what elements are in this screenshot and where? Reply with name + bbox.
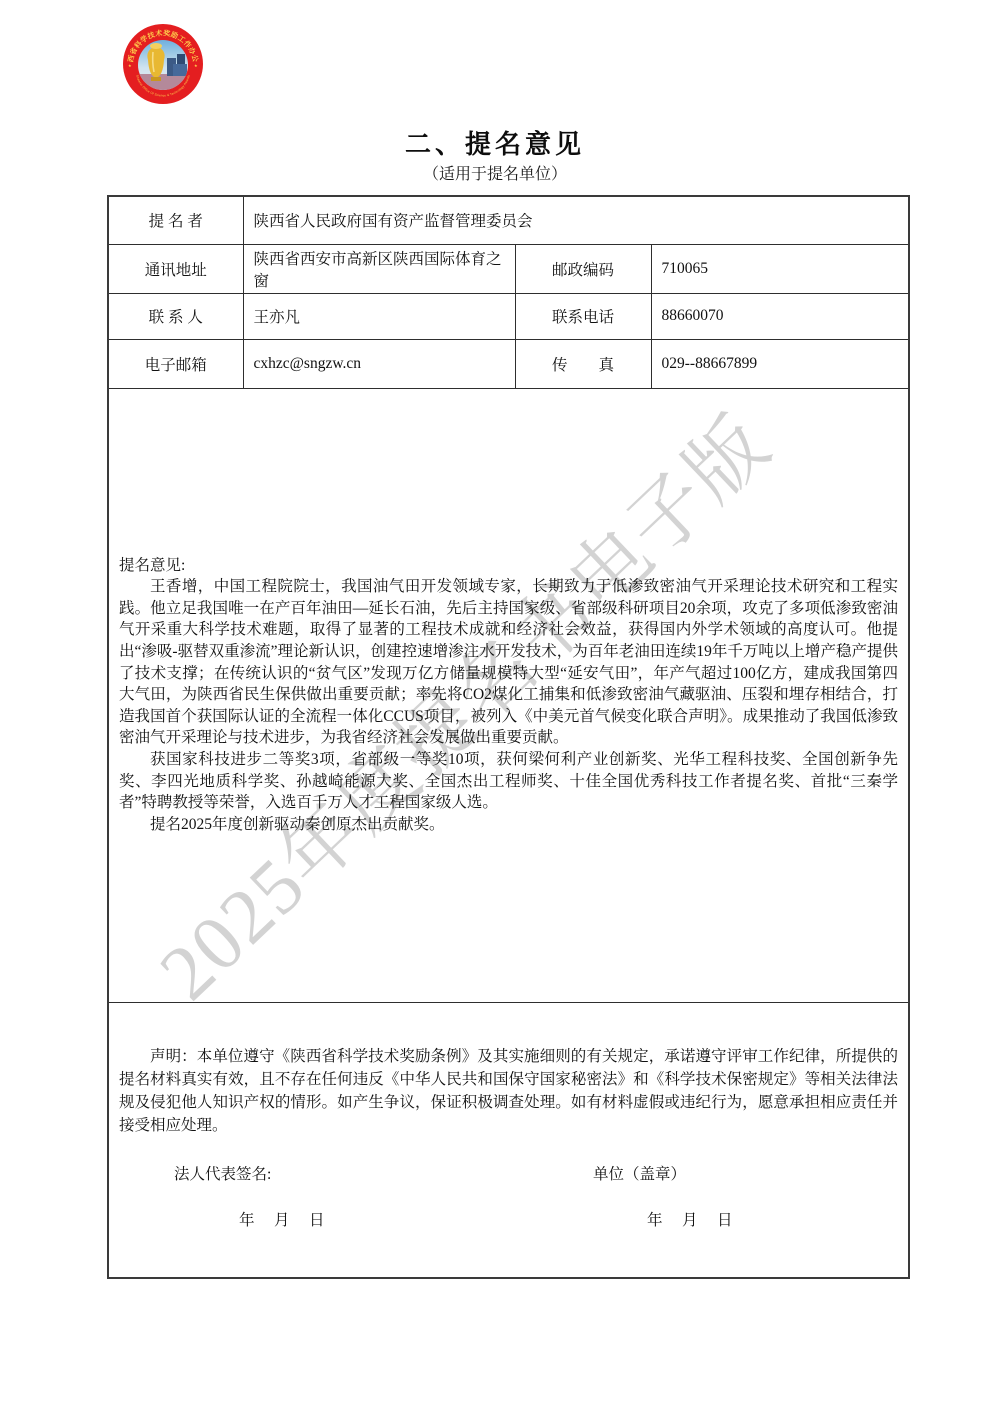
table-row-declaration: 声明：本单位遵守《陕西省科学技术奖励条例》及其实施细则的有关规定，承诺遵守评审工…: [108, 1002, 909, 1278]
declaration-text: 声明：本单位遵守《陕西省科学技术奖励条例》及其实施细则的有关规定，承诺遵守评审工…: [119, 1045, 898, 1137]
fax-label: 传 真: [515, 339, 651, 388]
page-subtitle: （适用于提名单位）: [0, 161, 990, 184]
email-value: cxhzc@sngzw.cn: [243, 339, 515, 388]
table-row-address: 通讯地址 陕西省西安市高新区陕西国际体育之窗 邮政编码 710065: [108, 244, 909, 293]
signature-row: 法人代表签名: 单位（盖章）: [119, 1163, 898, 1193]
legal-representative-signature-label: 法人代表签名:: [174, 1163, 271, 1186]
opinion-paragraph-1: 王香增，中国工程院院士，我国油气田开发领域专家，长期致力于低渗致密油气开采理论技…: [119, 576, 898, 749]
document-page: 2025年度提名书电子版 陕西省科学技术奖励工作办公室: [0, 0, 990, 1401]
table-row-email: 电子邮箱 cxhzc@sngzw.cn 传 真 029--88667899: [108, 339, 909, 388]
opinion-cell: 提名意见: 王香增，中国工程院院士，我国油气田开发领域专家，长期致力于低渗致密油…: [108, 388, 909, 1002]
date-row: 年 月 日 年 月 日: [119, 1209, 898, 1235]
date-left-label: 年 月 日: [239, 1209, 327, 1232]
declaration-cell: 声明：本单位遵守《陕西省科学技术奖励条例》及其实施细则的有关规定，承诺遵守评审工…: [108, 1002, 909, 1278]
page-title: 二、提名意见: [0, 124, 990, 161]
contact-label: 联 系 人: [108, 293, 243, 339]
nomination-form-table: 提 名 者 陕西省人民政府国有资产监督管理委员会 通讯地址 陕西省西安市高新区陕…: [107, 195, 910, 1279]
phone-value: 88660070: [651, 293, 909, 339]
nominator-value: 陕西省人民政府国有资产监督管理委员会: [243, 196, 909, 244]
seal-star-right-icon: ★: [194, 63, 198, 68]
seal-star-left-icon: ★: [128, 63, 132, 68]
phone-label: 联系电话: [515, 293, 651, 339]
address-label: 通讯地址: [108, 244, 243, 293]
date-right-label: 年 月 日: [647, 1209, 735, 1232]
opinion-heading: 提名意见:: [119, 555, 898, 577]
address-value: 陕西省西安市高新区陕西国际体育之窗: [243, 244, 515, 293]
seal-photo: [138, 40, 188, 90]
postcode-label: 邮政编码: [515, 244, 651, 293]
opinion-paragraph-3: 提名2025年度创新驱动秦创原杰出贡献奖。: [119, 814, 898, 836]
postcode-value: 710065: [651, 244, 909, 293]
fax-value: 029--88667899: [651, 339, 909, 388]
email-label: 电子邮箱: [108, 339, 243, 388]
office-seal-logo: 陕西省科学技术奖励工作办公室 Shaanxi Office Of Science…: [123, 24, 203, 104]
contact-value: 王亦凡: [243, 293, 515, 339]
table-row-opinion: 提名意见: 王香增，中国工程院院士，我国油气田开发领域专家，长期致力于低渗致密油…: [108, 388, 909, 1002]
unit-stamp-label: 单位（盖章）: [593, 1163, 686, 1186]
table-row-nominator: 提 名 者 陕西省人民政府国有资产监督管理委员会: [108, 196, 909, 244]
table-row-contact: 联 系 人 王亦凡 联系电话 88660070: [108, 293, 909, 339]
opinion-paragraph-2: 获国家科技进步二等奖3项，省部级一等奖10项，获何梁何利产业创新奖、光华工程科技…: [119, 749, 898, 814]
nominator-label: 提 名 者: [108, 196, 243, 244]
